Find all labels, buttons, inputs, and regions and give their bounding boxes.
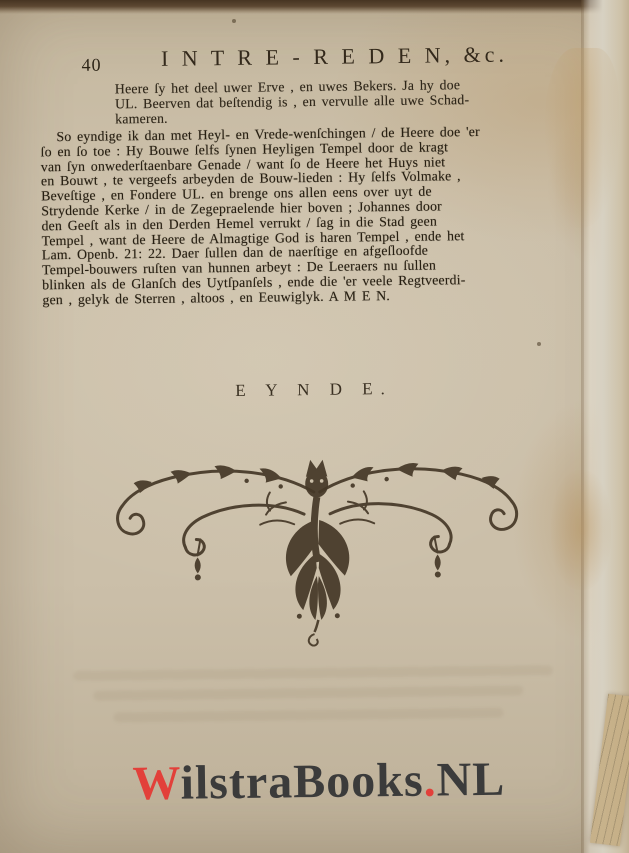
final-exhortation-paragraph: So eyndige ik dan met Heyl- en Vrede-wen… xyxy=(40,124,587,308)
page-content: 40 I N T R E - R E D E N, &c. Heere ſy h… xyxy=(0,0,629,853)
watermark-tld: NL xyxy=(436,753,505,807)
floral-tailpiece-ornament-icon xyxy=(101,453,533,658)
finis-line: E Y N D E. xyxy=(0,376,629,404)
reverse-page-showthrough xyxy=(73,665,553,681)
scanned-book-page: 40 I N T R E - R E D E N, &c. Heere ſy h… xyxy=(0,0,629,853)
watermark-initial: W xyxy=(132,757,181,811)
watermark: WilstraBooks.NL xyxy=(4,750,629,813)
reverse-page-showthrough xyxy=(113,708,503,723)
closing-verse-paragraph: Heere ſy het deel uwer Erve , en uwes Be… xyxy=(115,77,586,127)
running-header: I N T R E - R E D E N, &c. xyxy=(99,41,569,73)
reverse-page-showthrough xyxy=(93,685,523,700)
watermark-name: ilstraBooks xyxy=(180,754,424,810)
watermark-dot: . xyxy=(423,754,437,807)
